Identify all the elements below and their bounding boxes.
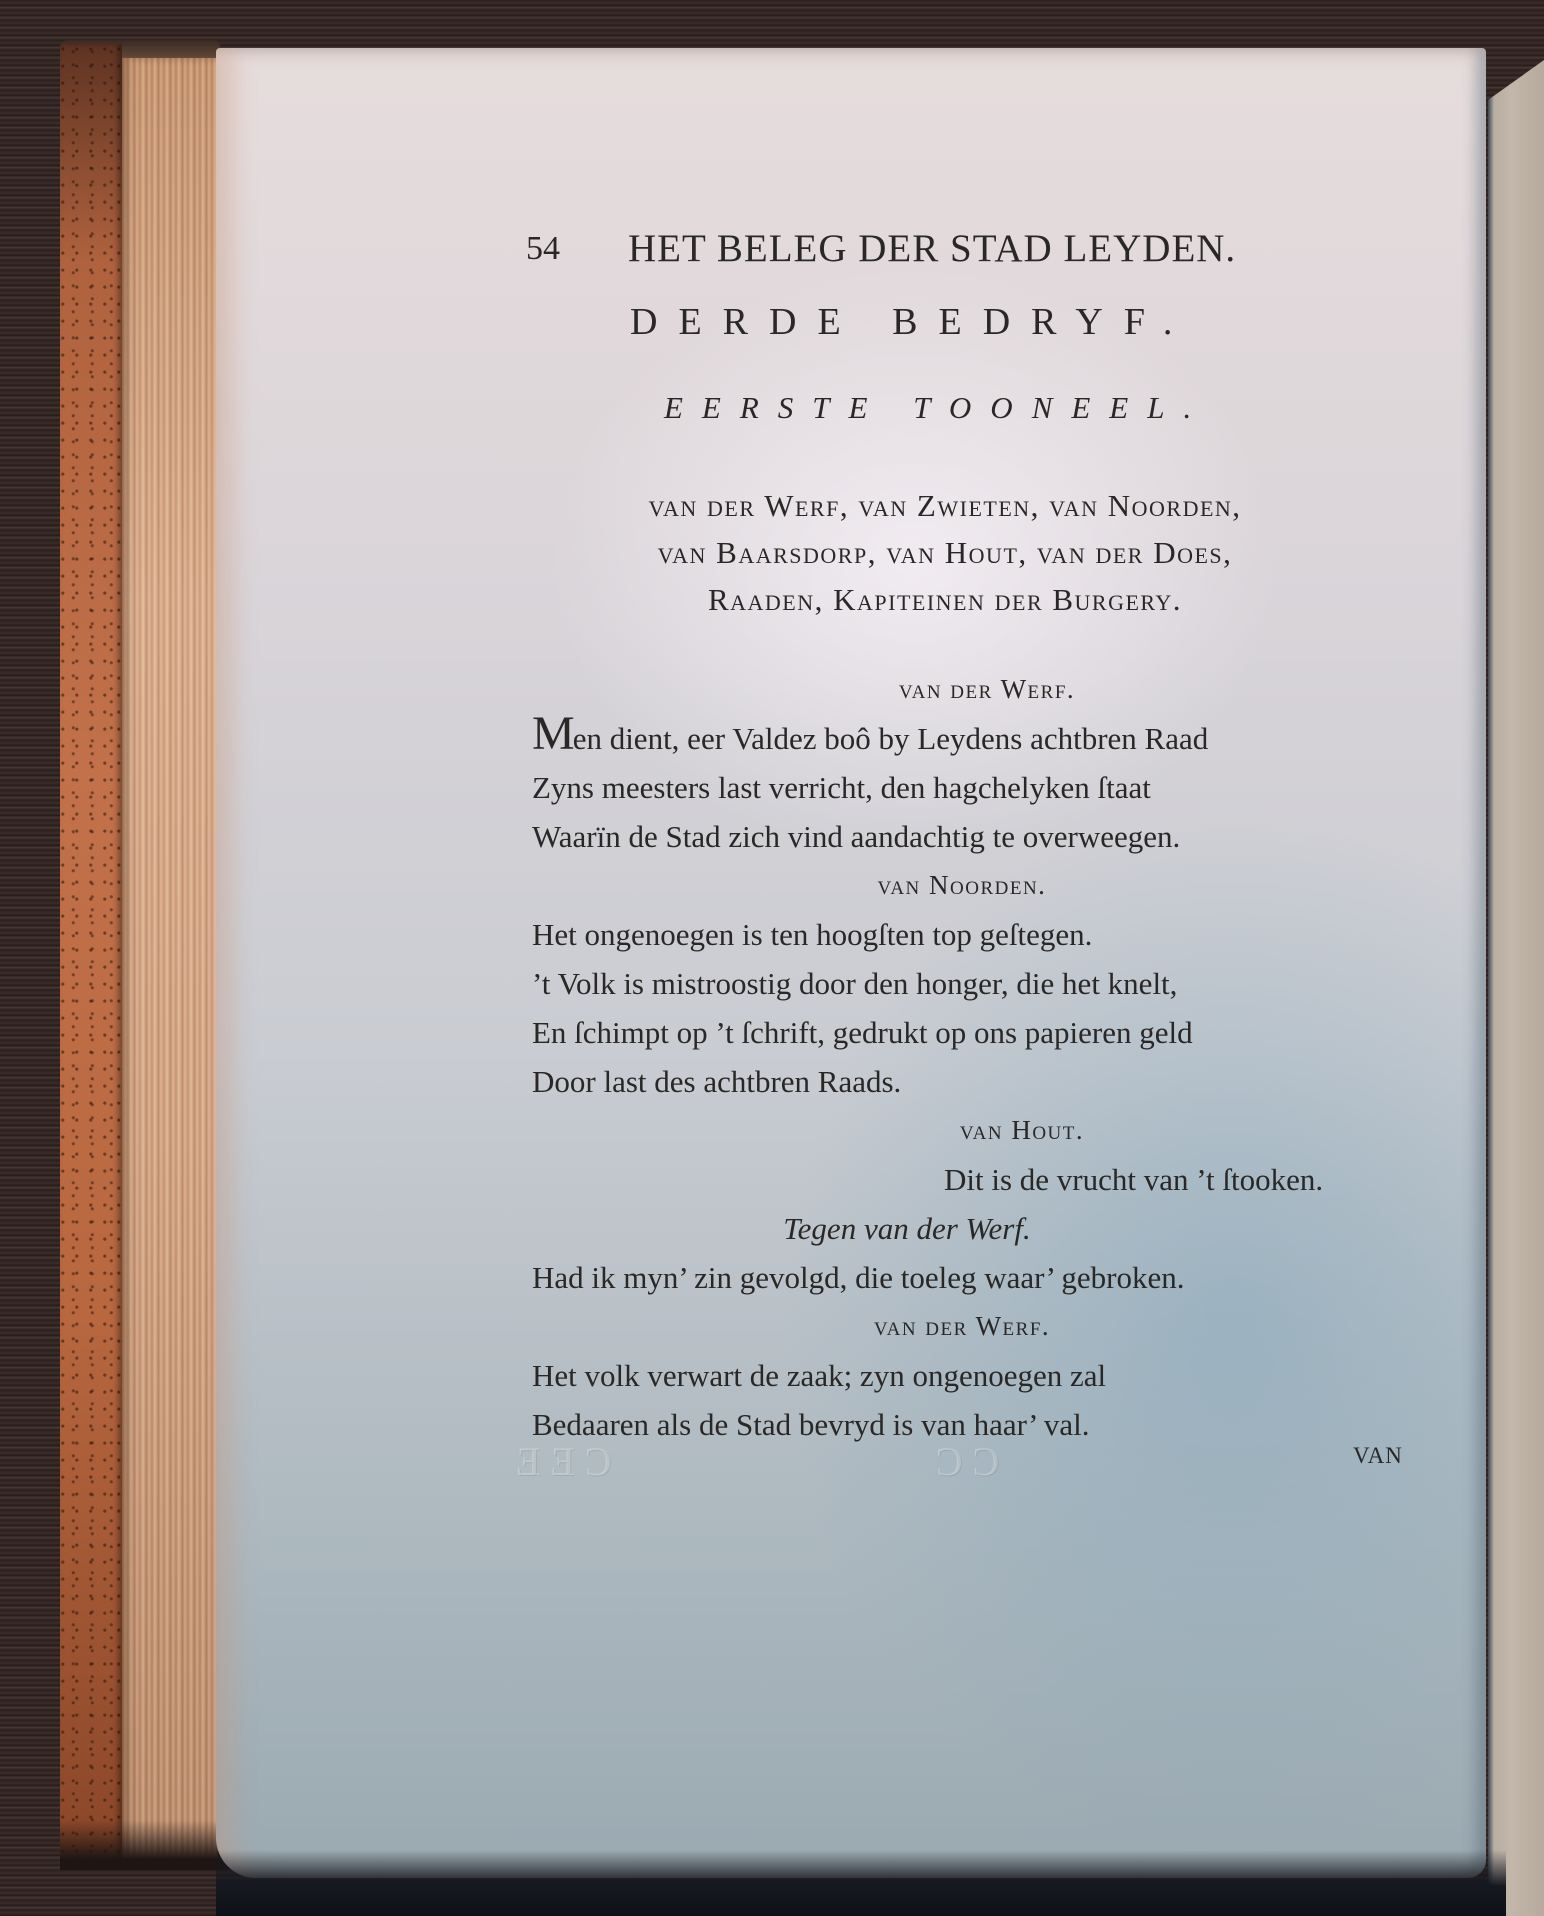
drop-cap: M [532, 707, 573, 760]
dialogue: van der Werf. Men dient, eer Valdez boô … [532, 665, 1392, 1449]
verse-line: En ſchimpt op ’t ſchrift, gedrukt op ons… [532, 1008, 1392, 1057]
verse-line: Door last des achtbren Raads. [532, 1057, 1392, 1106]
verse-line: Het volk verwart de zaak; zyn ongenoegen… [532, 1351, 1392, 1400]
verse-line: Men dient, eer Valdez boô by Leydens ach… [532, 714, 1392, 763]
running-head: 54 HET BELEG DER STAD LEYDEN. [526, 226, 1286, 276]
cast-line: van Baarsdorp, van Hout, van der Does, [530, 529, 1360, 576]
book-shadow [60, 1820, 230, 1870]
verse-line: Bedaaren als de Stad bevryd is van haar’… [532, 1400, 1392, 1449]
verse-line: Had ik myn’ zin gevolgd, die toeleg waar… [532, 1253, 1392, 1302]
speckled-book-cover [60, 44, 122, 1864]
speaker-name: van der Werf. [532, 1302, 1392, 1351]
scene-title: EERSTE TOONEEL. [664, 390, 1264, 426]
cast-line: Raaden, Kapiteinen der Burgery. [530, 576, 1360, 623]
cast-list: van der Werf, van Zwieten, van Noorden, … [530, 482, 1360, 623]
page-shadow [216, 1850, 1506, 1916]
verse-line: ’t Volk is mistroostig door den honger, … [532, 959, 1392, 1008]
catchword: VAN [1353, 1443, 1403, 1469]
speaker-name: van Noorden. [532, 861, 1392, 910]
verse-line: Zyns meesters last verricht, den hagchel… [532, 763, 1392, 812]
facing-page-edge [1488, 60, 1544, 1916]
verse-line: Dit is de vrucht van ’t ſtooken. [532, 1155, 1392, 1204]
verse-line: Waarïn de Stad zich vind aandachtig te o… [532, 812, 1392, 861]
page-number: 54 [526, 230, 560, 268]
cast-line: van der Werf, van Zwieten, van Noorden, [530, 482, 1360, 529]
act-title: DERDE BEDRYF. [630, 300, 1270, 344]
photo-scene: ƎƎƆ ƆϽ 54 HET BELEG DER STAD LEYDEN. DER… [0, 0, 1544, 1916]
speaker-name: van der Werf. [532, 665, 1392, 714]
verse-line: Het ongenoegen is ten hoogſten top geſte… [532, 910, 1392, 959]
page-block-edges [122, 58, 218, 1858]
running-title: HET BELEG DER STAD LEYDEN. [628, 226, 1236, 271]
stage-direction: Tegen van der Werf. [532, 1204, 1392, 1253]
speaker-name: van Hout. [532, 1106, 1392, 1155]
